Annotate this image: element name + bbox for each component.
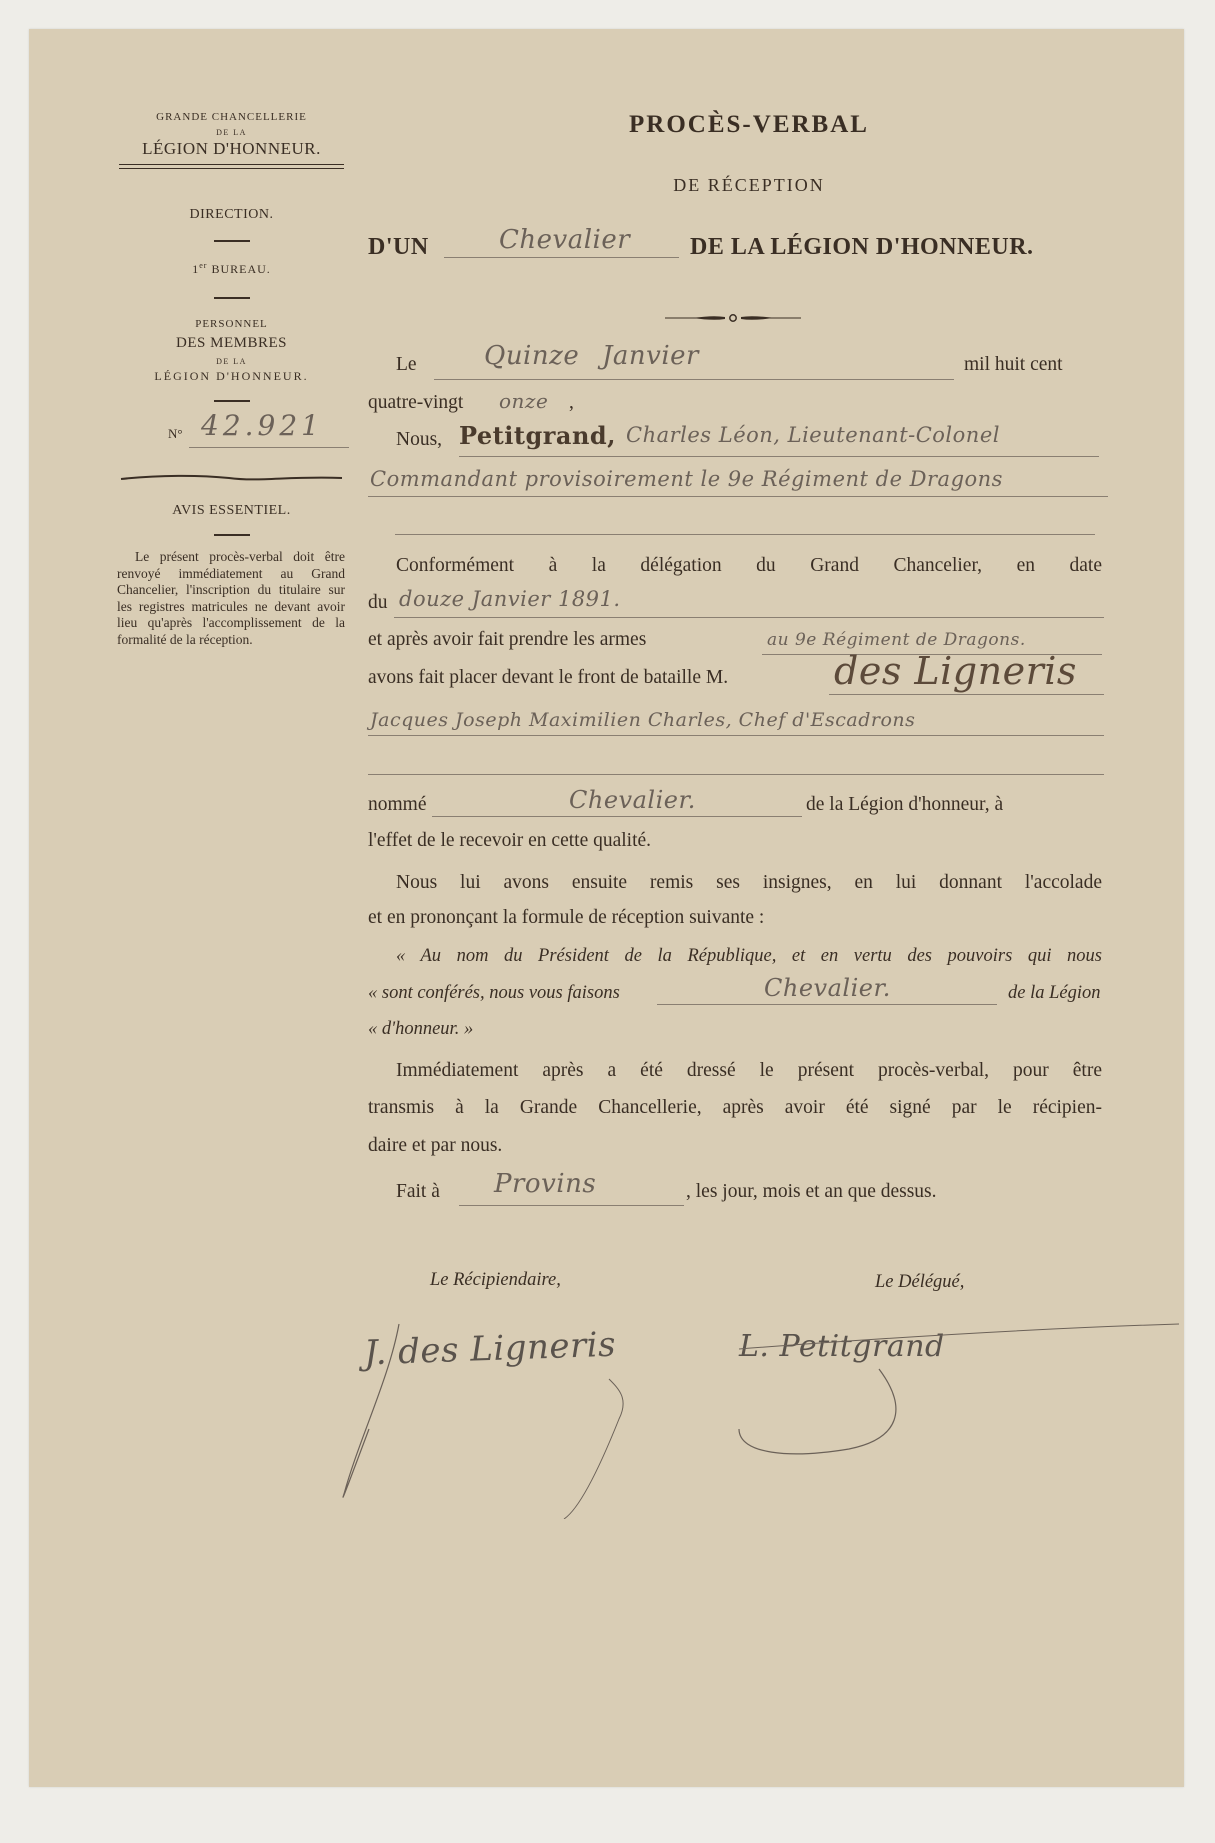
- double-rule-top: [119, 164, 344, 165]
- direction-label: DIRECTION.: [119, 207, 344, 223]
- year-value: onze: [499, 389, 548, 413]
- org-line-3: LÉGION D'HONNEUR.: [119, 139, 344, 159]
- delegate-signature-label: Le Délégué,: [875, 1272, 964, 1293]
- number-label: N°: [168, 426, 183, 442]
- wavy-rule: [119, 473, 344, 485]
- year-suffix: ,: [569, 392, 574, 414]
- year-prefix: quatre-vingt: [368, 392, 463, 414]
- fait-underline: [459, 1205, 684, 1206]
- grade-underline: [444, 257, 679, 258]
- date-suffix: mil huit cent: [964, 354, 1063, 376]
- document-title: PROCÈS-VERBAL: [589, 111, 909, 139]
- org-line-2: DE LA: [119, 128, 344, 137]
- number-underline: [189, 447, 349, 448]
- nous-label: Nous,: [396, 429, 442, 451]
- delegate-underline-1: [459, 456, 1099, 457]
- personnel-line-2: DES MEMBRES: [119, 335, 344, 352]
- org-line-1: GRANDE CHANCELLERIE: [119, 111, 344, 123]
- recipient-surname-underline: [829, 694, 1104, 695]
- nomme-label: nommé: [368, 794, 427, 816]
- recipient-signature-flourish: [329, 1319, 649, 1519]
- registration-number: 42.921: [201, 409, 323, 442]
- armes-text: et après avoir fait prendre les armes: [368, 629, 646, 651]
- personnel-line-3: DE LA: [119, 357, 344, 366]
- bureau-superscript: er: [199, 261, 207, 270]
- delegate-signature-flourish: [669, 1319, 1189, 1479]
- recipient-names-rank: Jacques Joseph Maximilien Charles, Chef …: [370, 709, 915, 731]
- bureau-label: 1er BUREAU.: [119, 261, 344, 277]
- recipient-underline-1: [368, 735, 1104, 736]
- recipient-surname: des Ligneris: [834, 649, 1077, 693]
- fait-label: Fait à: [396, 1181, 440, 1203]
- date-prefix: Le: [396, 354, 417, 376]
- grade-prefix: D'UN: [368, 234, 429, 261]
- closing-line-3: daire et par nous.: [368, 1135, 502, 1157]
- delegate-underline-3: [395, 534, 1095, 535]
- separator-rule: [214, 400, 250, 402]
- delegation-date: douze Janvier 1891.: [399, 587, 621, 611]
- double-rule-bottom: [119, 168, 344, 169]
- document-page: GRANDE CHANCELLERIE DE LA LÉGION D'HONNE…: [29, 29, 1184, 1787]
- date-value: Quinze Janvier: [484, 341, 699, 371]
- notice-title: AVIS ESSENTIEL.: [119, 503, 344, 519]
- bureau-text: BUREAU.: [211, 262, 270, 276]
- personnel-line-4: LÉGION D'HONNEUR.: [119, 369, 344, 384]
- insignes-line-1: Nous lui avons ensuite remis ses insigne…: [396, 872, 1102, 894]
- notice-text: Le présent procès-verbal doit être renvo…: [117, 549, 345, 648]
- delegation-date-underline: [394, 617, 1104, 618]
- delegate-name-rank: Charles Léon, Lieutenant-Colonel: [626, 423, 1000, 447]
- du-label: du: [368, 592, 388, 614]
- separator-rule: [214, 534, 250, 536]
- grade-suffix: DE LA LÉGION D'HONNEUR.: [690, 234, 1034, 261]
- delegate-command: Commandant provisoirement le 9e Régiment…: [370, 467, 1003, 491]
- nomme-suffix: de la Légion d'honneur, à: [806, 794, 1003, 816]
- formula-line-2-prefix: « sont conférés, nous vous faisons: [368, 983, 620, 1004]
- front-text: avons fait placer devant le front de bat…: [368, 667, 728, 689]
- closing-line-2: transmis à la Grande Chancellerie, après…: [368, 1097, 1102, 1119]
- fait-place: Provins: [494, 1169, 596, 1199]
- effet-text: l'effet de le recevoir en cette qualité.: [368, 830, 651, 852]
- separator-rule: [214, 240, 250, 242]
- conform-text: Conformément à la délégation du Grand Ch…: [396, 555, 1102, 577]
- closing-line-1: Immédiatement après a été dressé le prés…: [396, 1060, 1102, 1082]
- armes-regiment: au 9e Régiment de Dragons.: [767, 630, 1026, 650]
- title-ornament: [663, 312, 803, 324]
- formula-line-2-suffix: de la Légion: [1008, 983, 1101, 1004]
- nomme-underline: [432, 816, 802, 817]
- separator-rule: [214, 297, 250, 299]
- formula-underline: [657, 1004, 997, 1005]
- insignes-line-2: et en prononçant la formule de réception…: [368, 907, 764, 929]
- date-underline: [434, 379, 954, 380]
- delegate-underline-2: [368, 496, 1108, 497]
- formula-line-3: « d'honneur. »: [368, 1019, 473, 1040]
- formula-grade: Chevalier.: [764, 974, 891, 1002]
- delegate-surname: Petitgrand,: [459, 421, 616, 450]
- document-subtitle: DE RÉCEPTION: [589, 175, 909, 196]
- formula-line-1: « Au nom du Président de la République, …: [396, 946, 1102, 967]
- nomme-value: Chevalier.: [569, 786, 696, 814]
- recipient-underline-2: [368, 774, 1104, 775]
- grade-value: Chevalier: [499, 225, 630, 255]
- recipient-signature-label: Le Récipiendaire,: [430, 1270, 561, 1291]
- fait-suffix: , les jour, mois et an que dessus.: [686, 1181, 937, 1203]
- personnel-line-1: PERSONNEL: [119, 318, 344, 330]
